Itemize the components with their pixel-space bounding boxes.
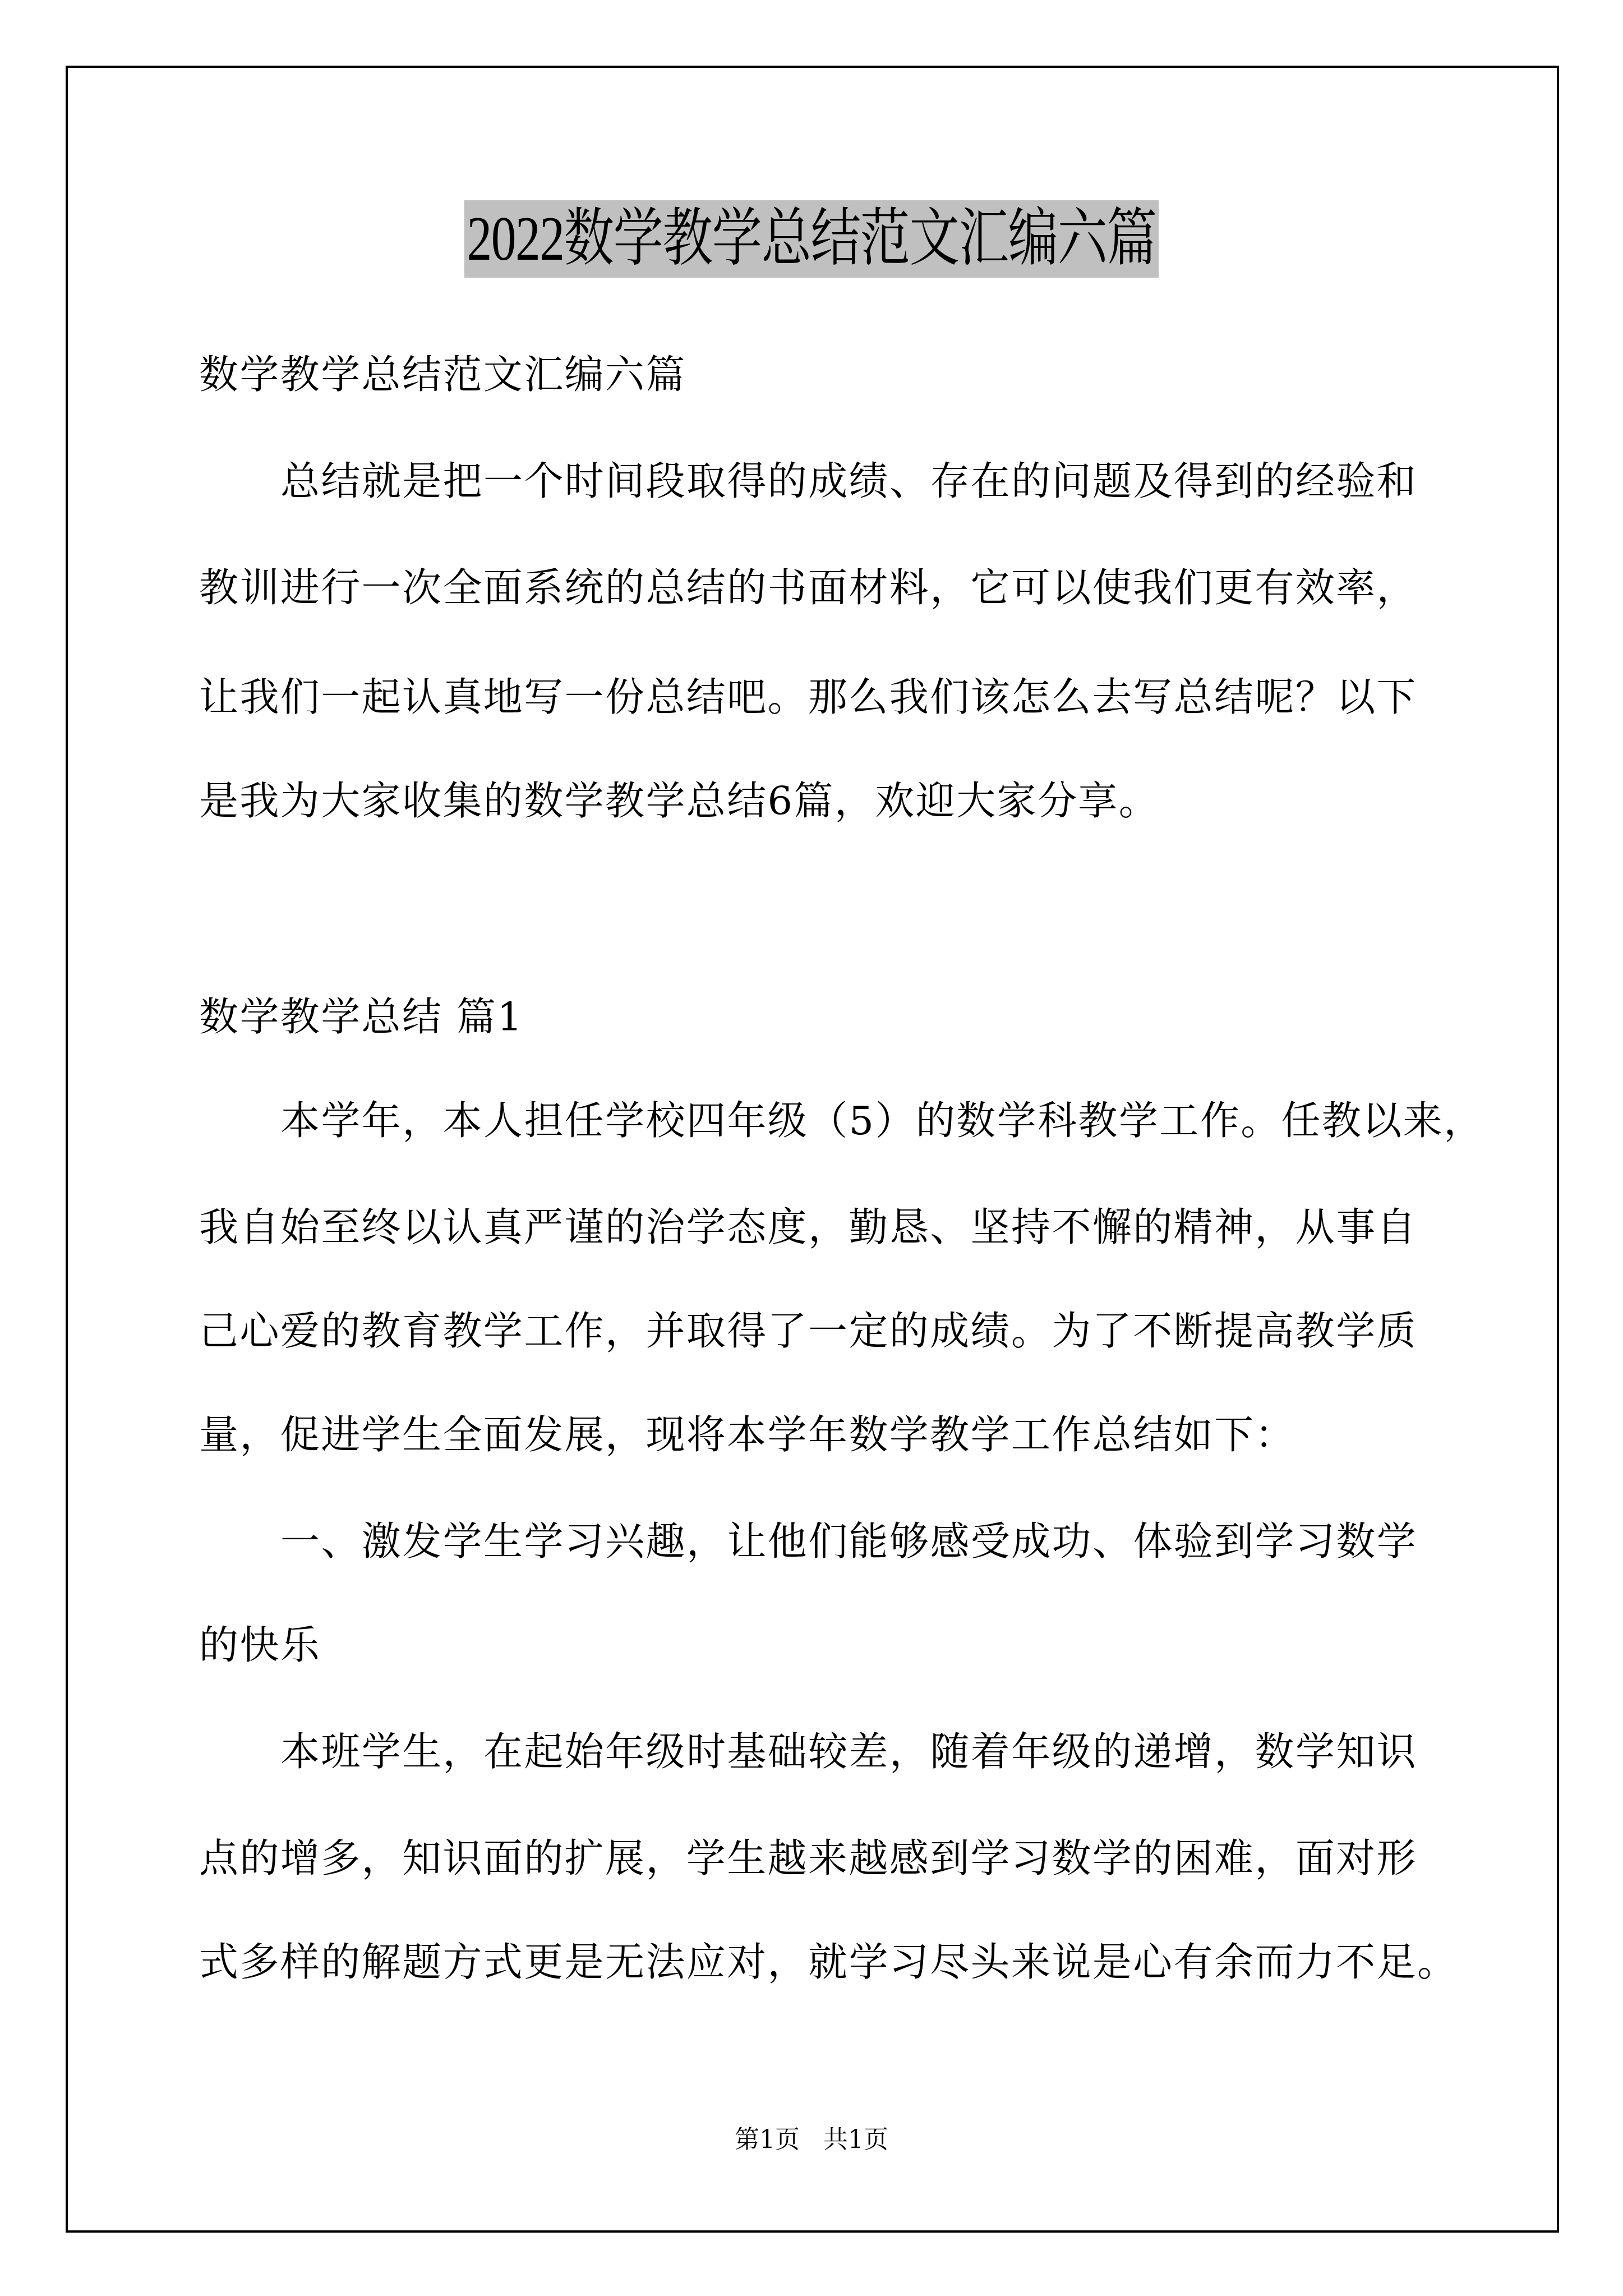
section-paragraph-line: 本学年，本人担任学校四年级（5）的数学科教学工作。任教以来， bbox=[280, 1098, 1484, 1143]
section-paragraph-line: 我自始至终以认真严谨的治学态度，勤恳、坚持不懈的精神，从事自 bbox=[199, 1205, 1417, 1250]
section-paragraph-line: 量，促进学生全面发展，现将本学年数学教学工作总结如下： bbox=[199, 1412, 1295, 1457]
section-paragraph-line: 己心爱的教育教学工作，并取得了一定的成绩。为了不断提高教学质 bbox=[199, 1309, 1417, 1354]
intro-paragraph-line: 总结就是把一个时间段取得的成绩、存在的问题及得到的经验和 bbox=[280, 459, 1417, 504]
document-title: 2022数学教学总结范文汇编六篇 bbox=[464, 200, 1159, 278]
intro-paragraph-line: 让我们一起认真地写一份总结吧。那么我们该怎么去写总结呢？以下 bbox=[199, 675, 1417, 720]
document-subtitle: 数学教学总结范文汇编六篇 bbox=[199, 352, 686, 397]
section-paragraph-line: 的快乐 bbox=[199, 1623, 321, 1668]
intro-paragraph-line: 教训进行一次全面系统的总结的书面材料，它可以使我们更有效率， bbox=[199, 565, 1417, 610]
section-paragraph-line: 式多样的解题方式更是无法应对，就学习尽头来说是心有余而力不足。 bbox=[199, 1940, 1458, 1985]
intro-paragraph-line: 是我为大家收集的数学教学总结6篇，欢迎大家分享。 bbox=[199, 779, 1159, 823]
title-container: 2022数学教学总结范文汇编六篇 bbox=[0, 200, 1623, 278]
section-paragraph-line: 本班学生，在起始年级时基础较差，随着年级的递增，数学知识 bbox=[280, 1729, 1417, 1774]
page-number-footer: 第1页 共1页 bbox=[0, 2126, 1623, 2154]
section-paragraph-line: 点的增多，知识面的扩展，学生越来越感到学习数学的困难，面对形 bbox=[199, 1836, 1417, 1881]
section-paragraph-line: 一、激发学生学习兴趣，让他们能够感受成功、体验到学习数学 bbox=[280, 1519, 1417, 1564]
section-heading: 数学教学总结 篇1 bbox=[199, 995, 523, 1039]
